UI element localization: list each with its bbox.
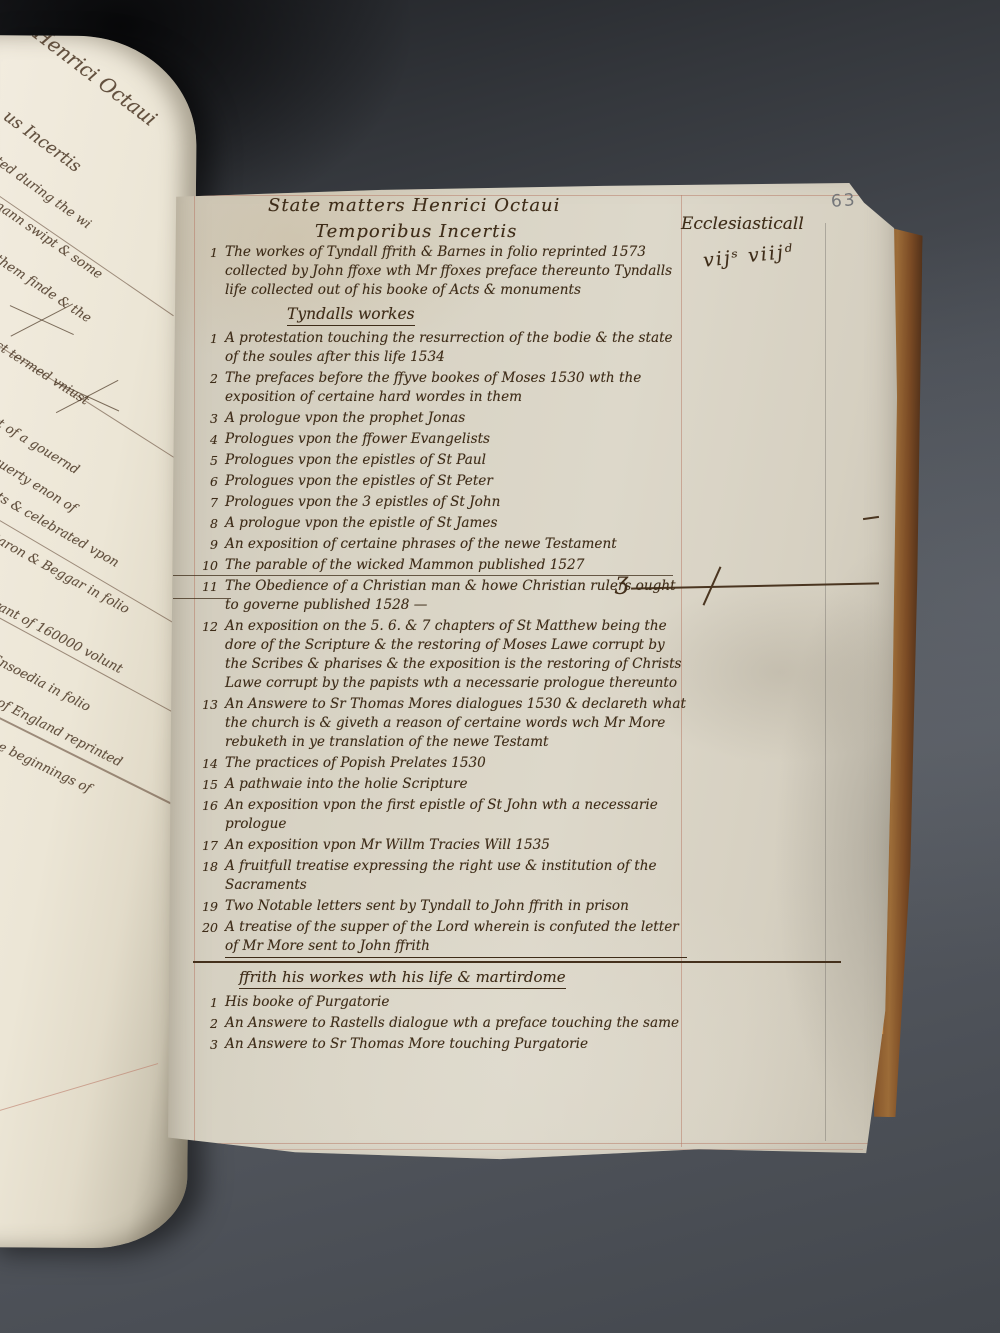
item-text: An exposition vpon Mr Willm Tracies Will…	[225, 836, 687, 855]
manuscript-page: State matters Henrici Octaui Temporibus …	[163, 181, 897, 1163]
item-text: An Answere to Rastells dialogue wth a pr…	[225, 1014, 687, 1033]
list-item: 7 Prologues vpon the 3 epistles of St Jo…	[199, 493, 687, 512]
item-text: The prefaces before the ffyve bookes of …	[225, 369, 687, 407]
item-number: 17	[199, 836, 225, 855]
item-text: A pathwaie into the holie Scripture	[225, 775, 687, 794]
ruled-frame-bottom	[167, 1143, 883, 1144]
item-text: The workes of Tyndall ffrith & Barnes in…	[225, 243, 687, 300]
item-text: Prologues vpon the epistles of St Peter	[225, 472, 687, 491]
item-text: A prologue vpon the prophet Jonas	[225, 409, 687, 428]
item-number: 11	[199, 577, 225, 615]
item-text: A fruitfull treatise expressing the righ…	[225, 857, 687, 895]
left-page-text-fragment: ect termed vniust	[0, 334, 91, 409]
item-text: His booke of Purgatorie	[225, 993, 687, 1012]
list-item: 4 Prologues vpon the ffower Evangelists	[199, 430, 687, 449]
photograph-of-open-manuscript: Henrici Octaui us Incertis ted during th…	[0, 0, 1000, 1333]
item-number: 1	[199, 993, 225, 1012]
item-text: A treatise of the supper of the Lord whe…	[225, 918, 687, 958]
item-number: 3	[199, 409, 225, 428]
item-number: 7	[199, 493, 225, 512]
list-item: 20 A treatise of the supper of the Lord …	[199, 918, 687, 958]
section-divider-line	[193, 961, 841, 963]
item-text: A protestation touching the resurrection…	[225, 329, 687, 367]
item-number: 3	[199, 1035, 225, 1054]
list-item: 6 Prologues vpon the epistles of St Pete…	[199, 472, 687, 491]
list-item: 12 An exposition on the 5. 6. & 7 chapte…	[199, 617, 687, 693]
left-page-text-fragment: Henrici Octaui	[29, 35, 162, 131]
list-item: 19 Two Notable letters sent by Tyndall t…	[199, 897, 687, 916]
item-text: The practices of Popish Prelates 1530	[225, 754, 687, 773]
list-item: 11 The Obedience of a Christian man & ho…	[199, 577, 687, 615]
item-number: 14	[199, 754, 225, 773]
page-subtitle: Temporibus Incertis	[315, 221, 517, 242]
previous-page-curled-edge: Henrici Octaui us Incertis ted during th…	[0, 35, 197, 1249]
item-number: 10	[199, 556, 225, 575]
list-item: 15 A pathwaie into the holie Scripture	[199, 775, 687, 794]
item-number: 1	[199, 243, 225, 300]
left-page-rule-line	[0, 1063, 158, 1118]
item-text: An exposition on the 5. 6. & 7 chapters …	[225, 617, 687, 693]
item-text: The Obedience of a Christian man & howe …	[225, 577, 687, 615]
item-text: The parable of the wicked Mammon publish…	[225, 556, 687, 575]
item-number: 16	[199, 796, 225, 834]
item-text: Two Notable letters sent by Tyndall to J…	[225, 897, 687, 916]
list-item: 17 An exposition vpon Mr Willm Tracies W…	[199, 836, 687, 855]
item-number: 19	[199, 897, 225, 916]
item-text: An exposition of certaine phrases of the…	[225, 535, 687, 554]
item-text: Prologues vpon the ffower Evangelists	[225, 430, 687, 449]
list-item: 1 A protestation touching the resurrecti…	[199, 329, 687, 367]
list-item: 2 The prefaces before the ffyve bookes o…	[199, 369, 687, 407]
ruled-frame-margin	[825, 223, 826, 1141]
item-text: An Answere to Sr Thomas More touching Pu…	[225, 1035, 687, 1054]
price-note: vijˢ viijᵈ	[702, 240, 795, 271]
item-number: 15	[199, 775, 225, 794]
list-item: 13 An Answere to Sr Thomas Mores dialogu…	[199, 695, 687, 752]
margin-annotation-dash	[863, 516, 879, 520]
folio-number: 63	[830, 190, 857, 212]
list-item: 18 A fruitfull treatise expressing the r…	[199, 857, 687, 895]
ruled-frame-left	[194, 195, 195, 1147]
page-title: State matters Henrici Octaui	[268, 195, 560, 216]
list-item: 3 An Answere to Sr Thomas More touching …	[199, 1035, 687, 1054]
item-number: 6	[199, 472, 225, 491]
item-text: An Answere to Sr Thomas Mores dialogues …	[225, 695, 687, 752]
list-item: 3 A prologue vpon the prophet Jonas	[199, 409, 687, 428]
item-number: 2	[199, 369, 225, 407]
list-item: 10 The parable of the wicked Mammon publ…	[199, 556, 687, 575]
item-text: Prologues vpon the 3 epistles of St John	[225, 493, 687, 512]
item-text: An exposition vpon the first epistle of …	[225, 796, 687, 834]
item-number: 13	[199, 695, 225, 752]
item-number: 8	[199, 514, 225, 533]
item-number: 2	[199, 1014, 225, 1033]
list-item: 9 An exposition of certaine phrases of t…	[199, 535, 687, 554]
item-text: A prologue vpon the epistle of St James	[225, 514, 687, 533]
manuscript-text-block: 1 The workes of Tyndall ffrith & Barnes …	[199, 243, 687, 1056]
item-number: 1	[199, 329, 225, 367]
section-heading-frith: ffrith his workes wth his life & martird…	[239, 968, 566, 989]
section-heading-tyndall: Tyndalls workes	[287, 305, 415, 326]
list-item: 2 An Answere to Rastells dialogue wth a …	[199, 1014, 687, 1033]
ruled-frame-bottom-inner	[203, 1149, 863, 1150]
item-number: 20	[199, 918, 225, 958]
item-text: Prologues vpon the epistles of St Paul	[225, 451, 687, 470]
frith-works-list: 1 His booke of Purgatorie 2 An Answere t…	[199, 993, 687, 1054]
category-label: Ecclesiasticall	[681, 214, 804, 234]
intro-entry: 1 The workes of Tyndall ffrith & Barnes …	[199, 243, 687, 300]
list-item: 14 The practices of Popish Prelates 1530	[199, 754, 687, 773]
item-number: 4	[199, 430, 225, 449]
item-number: 12	[199, 617, 225, 693]
tyndall-works-list: 1 A protestation touching the resurrecti…	[199, 329, 687, 958]
item-number: 5	[199, 451, 225, 470]
list-item: 1 His booke of Purgatorie	[199, 993, 687, 1012]
item-number: 18	[199, 857, 225, 895]
list-item: 8 A prologue vpon the epistle of St Jame…	[199, 514, 687, 533]
list-item: 5 Prologues vpon the epistles of St Paul	[199, 451, 687, 470]
item-number: 9	[199, 535, 225, 554]
list-item: 16 An exposition vpon the first epistle …	[199, 796, 687, 834]
